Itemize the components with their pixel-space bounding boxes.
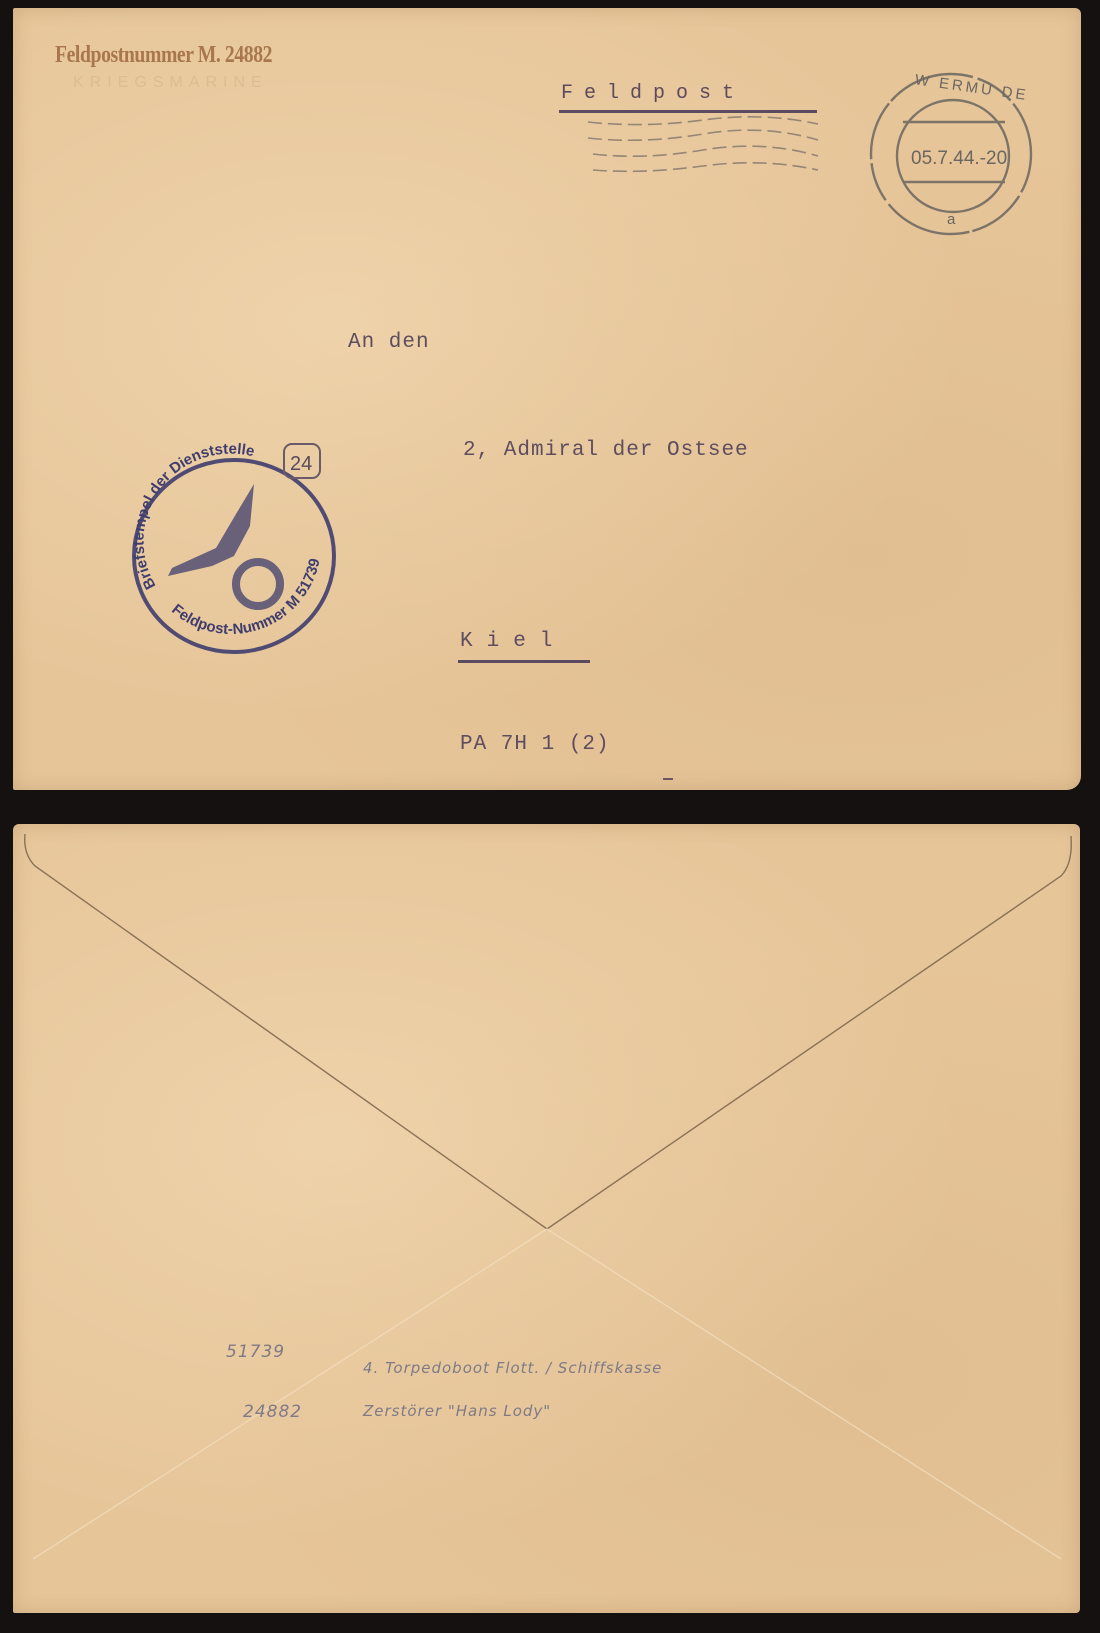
pencil-note-ship: Zerstörer "Hans Lody" (363, 1402, 551, 1420)
address-city: Kiel (460, 630, 566, 653)
postmark-letter: a (947, 211, 956, 228)
postmark-town: W ERMÜ DE (914, 70, 1030, 104)
pencil-note-fpn-1: 51739 (226, 1342, 285, 1362)
feldpost-underline (559, 110, 817, 113)
sender-feldpost-number-stamp: Feldpostnummer M. 24882 (55, 42, 272, 69)
pencil-note-unit: 4. Torpedoboot Flott. / Schiffskasse (363, 1359, 662, 1377)
official-eagle-stamp-icon: 24 Briefstempel der Dienststelle Feldpos… (116, 436, 356, 676)
stamp-box-number: 24 (290, 453, 312, 475)
postmark-cancel-icon: 05.7.44.-20 a W ERMÜ DE (861, 64, 1041, 244)
sender-kriegsmarine-stamp: KRIEGSMARINE (73, 74, 268, 92)
envelope-back: 51739 4. Torpedoboot Flott. / Schiffskas… (13, 824, 1080, 1613)
city-underline (458, 660, 590, 663)
postmark-date: 05.7.44.-20 (911, 148, 1007, 169)
envelope-front: Feldpostnummer M. 24882 KRIEGSMARINE Fel… (13, 8, 1081, 790)
machine-cancel-wavy-lines-icon (583, 116, 823, 176)
feldpost-marking: Feldpost (561, 82, 745, 105)
address-salutation: An den (348, 331, 430, 354)
address-reference: PA 7H 1 (2) (460, 733, 610, 756)
address-recipient: 2, Admiral der Ostsee (463, 439, 749, 462)
typed-dash (663, 778, 673, 780)
pencil-note-fpn-2: 24882 (243, 1402, 302, 1422)
envelope-flap-lines-icon (13, 824, 1080, 1613)
